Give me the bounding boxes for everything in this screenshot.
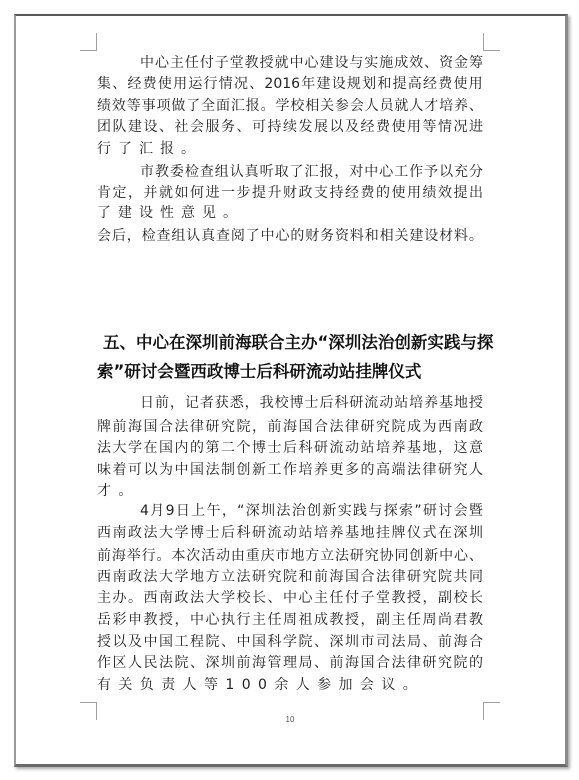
- margin-corner-mark-bottom-left: [80, 702, 97, 720]
- paragraph-line: 西南政法大学地方立法研究院和前海国合法律研究院共同: [97, 566, 483, 588]
- paragraph-line: 集、经费使用运行情况、2016年建设规划和提高经费使用: [97, 73, 483, 95]
- paragraph-line: 了建设性意见。: [97, 202, 483, 224]
- paragraph-line: 法大学在国内的第二个博士后科研流动站培养基地，这意: [97, 437, 483, 459]
- paragraph-line: 日前，记者获悉，我校博士后科研流动站培养基地授: [140, 392, 483, 414]
- paragraph-line: 岳彩申教授，中心执行主任周祖成教授，副主任周尚君教: [97, 609, 483, 631]
- paragraph-line: 前海举行。本次活动由重庆市地方立法研究协同创新中心、: [97, 545, 483, 567]
- section-heading: 五、中心在深圳前海联合主办“深圳法治创新实践与探: [103, 329, 483, 357]
- paragraph-line: 绩效等事项做了全面汇报。学校相关参会人员就人才培养、: [97, 95, 483, 117]
- paragraph-line: 作区人民法院、深圳前海管理局、前海国合法律研究院的: [97, 652, 483, 674]
- paragraph-line: 西南政法大学博士后科研流动站培养基地挂牌仪式在深圳: [97, 522, 483, 544]
- paragraph-line: 肯定，并就如何进一步提升财政支持经费的使用绩效提出: [97, 182, 483, 204]
- margin-corner-mark-bottom-right: [483, 702, 500, 720]
- paragraph-line: 行了汇报。: [97, 138, 483, 160]
- paragraph-line: 有关负责人等100余人参加会议。: [97, 674, 483, 696]
- paragraph-line: 授以及中国工程院、中国科学院、深圳市司法局、前海合: [97, 631, 483, 653]
- section-heading: 索”研讨会暨西政博士后科研流动站挂牌仪式: [97, 358, 477, 386]
- page-number: 10: [282, 715, 298, 724]
- paragraph-line: 味着可以为中国法制创新工作培养更多的高端法律研究人: [97, 459, 483, 481]
- paragraph-line: 牌前海国合法律研究院，前海国合法律研究院成为西南政: [97, 416, 483, 438]
- paragraph-line: 主办。西南政法大学校长、中心主任付子堂教授，副校长: [97, 587, 483, 609]
- paragraph-line: 才。: [97, 480, 483, 502]
- paragraph-line: 会后，检查组认真查阅了中心的财务资料和相关建设材料。: [97, 225, 483, 247]
- paragraph-line: 市教委检查组认真听取了汇报，对中心工作予以充分: [140, 161, 483, 183]
- paragraph-line: 中心主任付子堂教授就中心建设与实施成效、资金筹: [140, 52, 483, 74]
- paragraph-line: 4月9日上午，“深圳法治创新实践与探索”研讨会暨: [140, 500, 483, 522]
- paragraph-line: 团队建设、社会服务、可持续发展以及经费使用等情况进: [97, 116, 483, 138]
- margin-corner-mark-top-left: [80, 33, 97, 51]
- margin-corner-mark-top-right: [483, 33, 500, 51]
